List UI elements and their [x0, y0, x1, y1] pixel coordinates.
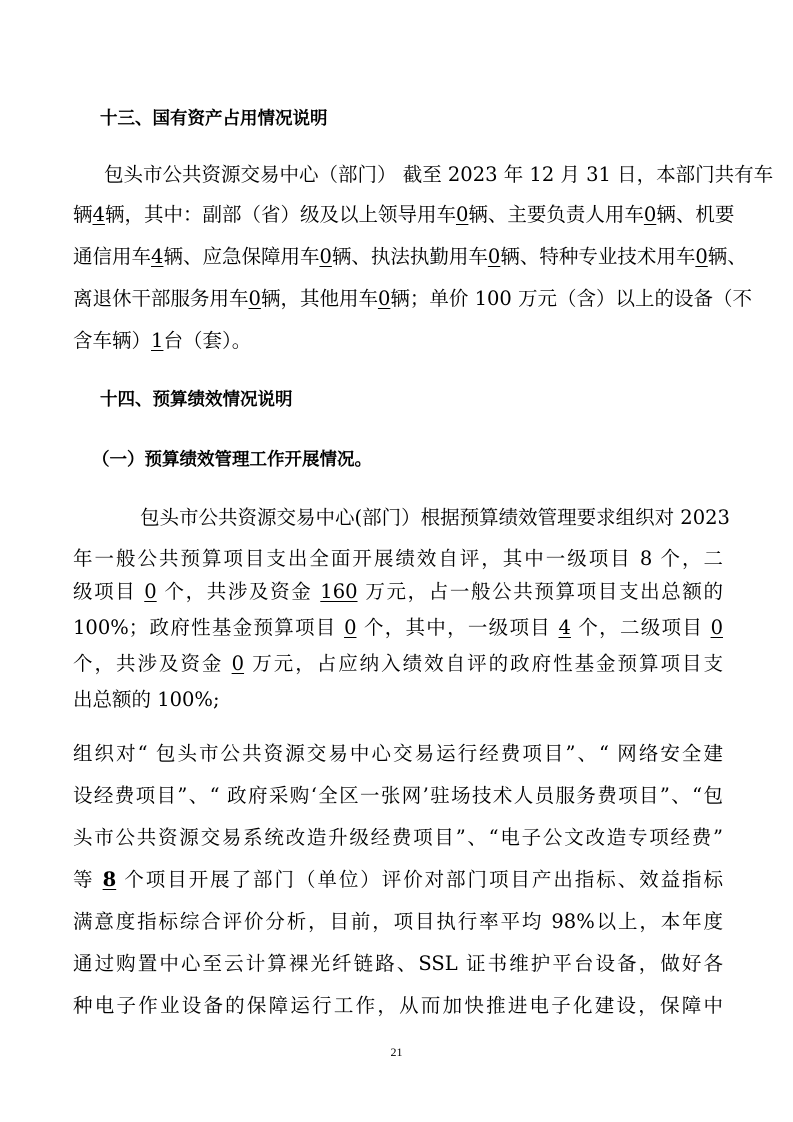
text: 辆，其中：副部（省）级及以上领导用车	[105, 203, 456, 226]
text: 辆、特种专业技术用车	[500, 245, 695, 268]
s13-line-3: 通信用车4辆、应急保障用车0辆、执法执勤用车0辆、特种专业技术用车0辆、	[73, 245, 723, 269]
page-number: 21	[0, 1045, 793, 1060]
text: 个，其中，一级项目	[356, 616, 558, 639]
p1-line-3: 级项目 0 个，共涉及资金 160 万元，占一般公共预算项目支出总额的	[73, 580, 723, 604]
level2-count: 0	[144, 580, 156, 603]
text: 个，共涉及资金	[157, 580, 321, 603]
gov-level2-count: 0	[711, 616, 723, 639]
gov-level1-count: 4	[559, 616, 571, 639]
principal-vehicles: 0	[644, 203, 656, 226]
p2-line-6: 通过购置中心至云计算裸光纤链路、SSL 证书维护平台设备，做好各	[73, 952, 723, 976]
p2-line-7: 种电子作业设备的保障运行工作，从而加快推进电子化建设，保障中	[73, 994, 723, 1018]
p2-line-5: 满意度指标综合评价分析，目前，项目执行率平均 98%以上，本年度	[73, 910, 723, 934]
p2-line-3: 头市公共资源交易系统改造升级经费项目”、“电子公文改造专项经费”	[73, 826, 723, 850]
text: 个，共涉及资金	[73, 652, 232, 675]
comm-vehicles: 4	[151, 245, 163, 268]
special-vehicles: 0	[695, 245, 707, 268]
s13-line-2: 辆4辆，其中：副部（省）级及以上领导用车0辆、主要负责人用车0辆、机要	[73, 203, 723, 227]
text: 辆、	[708, 245, 747, 268]
text: 辆、应急保障用车	[163, 245, 319, 268]
text: 离退休干部服务用车	[73, 287, 249, 310]
p2-line-4: 等 8 个项目开展了部门（单位）评价对部门项目产出指标、效益指标	[73, 868, 723, 892]
text: 辆，其他用车	[261, 287, 378, 310]
s13-line-1: 包头市公共资源交易中心（部门） 截至 2023 年 12 月 31 日，本部门共…	[104, 163, 723, 187]
law-vehicles: 0	[488, 245, 500, 268]
equipment-count: 1	[151, 329, 163, 352]
leader-vehicles: 0	[456, 203, 468, 226]
gov-funds-amount: 0	[232, 652, 244, 675]
text: 级项目	[73, 580, 144, 603]
vehicle-total: 4	[93, 203, 105, 226]
p2-line-1: 组织对“ 包头市公共资源交易中心交易运行经费项目”、“ 网络安全建	[73, 742, 723, 766]
text: 万元，占应纳入绩效自评的政府性基金预算项目支	[244, 652, 723, 675]
text: 个项目开展了部门（单位）评价对部门项目产出指标、效益指标	[116, 868, 723, 891]
text: 辆、主要负责人用车	[468, 203, 644, 226]
p1-line-6: 出总额的 100%;	[73, 688, 723, 712]
text: 等	[73, 868, 103, 891]
text: 100%；政府性基金预算项目	[73, 616, 344, 639]
emergency-vehicles: 0	[319, 245, 331, 268]
text: 辆；单价 100 万元（含）以上的设备（不	[390, 287, 752, 310]
text: 含车辆）	[73, 329, 151, 352]
section-14-subheading: （一）预算绩效管理工作开展情况。	[92, 448, 372, 472]
text: 通信用车	[73, 245, 151, 268]
p1-line-1: 包头市公共资源交易中心(部门）根据预算绩效管理要求组织对 2023	[140, 506, 723, 530]
document-page: 十三、国有资产占用情况说明 包头市公共资源交易中心（部门） 截至 2023 年 …	[0, 0, 793, 1122]
p1-line-5: 个，共涉及资金 0 万元，占应纳入绩效自评的政府性基金预算项目支	[73, 652, 723, 676]
section-14-heading: 十四、预算绩效情况说明	[100, 388, 293, 412]
p1-line-4: 100%；政府性基金预算项目 0 个，其中，一级项目 4 个，二级项目 0	[73, 616, 723, 640]
text: 个，二级项目	[571, 616, 711, 639]
funds-amount: 160	[320, 580, 357, 603]
gov-fund-projects: 0	[344, 616, 356, 639]
text: 辆	[73, 203, 93, 226]
p2-line-2: 设经费项目”、“ 政府采购‘全区一张网’驻场技术人员服务费项目”、“包	[73, 784, 723, 808]
s13-line-5: 含车辆）1台（套）。	[73, 329, 723, 353]
text: 万元，占一般公共预算项目支出总额的	[358, 580, 723, 603]
p1-line-2: 年一般公共预算项目支出全面开展绩效自评，其中一级项目 8 个，二	[73, 547, 723, 571]
text: 辆、机要	[656, 203, 734, 226]
text: 辆、执法执勤用车	[332, 245, 488, 268]
other-vehicles: 0	[378, 287, 390, 310]
evaluated-project-count: 8	[103, 868, 117, 891]
section-13-heading: 十三、国有资产占用情况说明	[100, 107, 328, 131]
s13-line-4: 离退休干部服务用车0辆，其他用车0辆；单价 100 万元（含）以上的设备（不	[73, 287, 723, 311]
text: 台（套）。	[163, 329, 251, 352]
retired-vehicles: 0	[249, 287, 261, 310]
